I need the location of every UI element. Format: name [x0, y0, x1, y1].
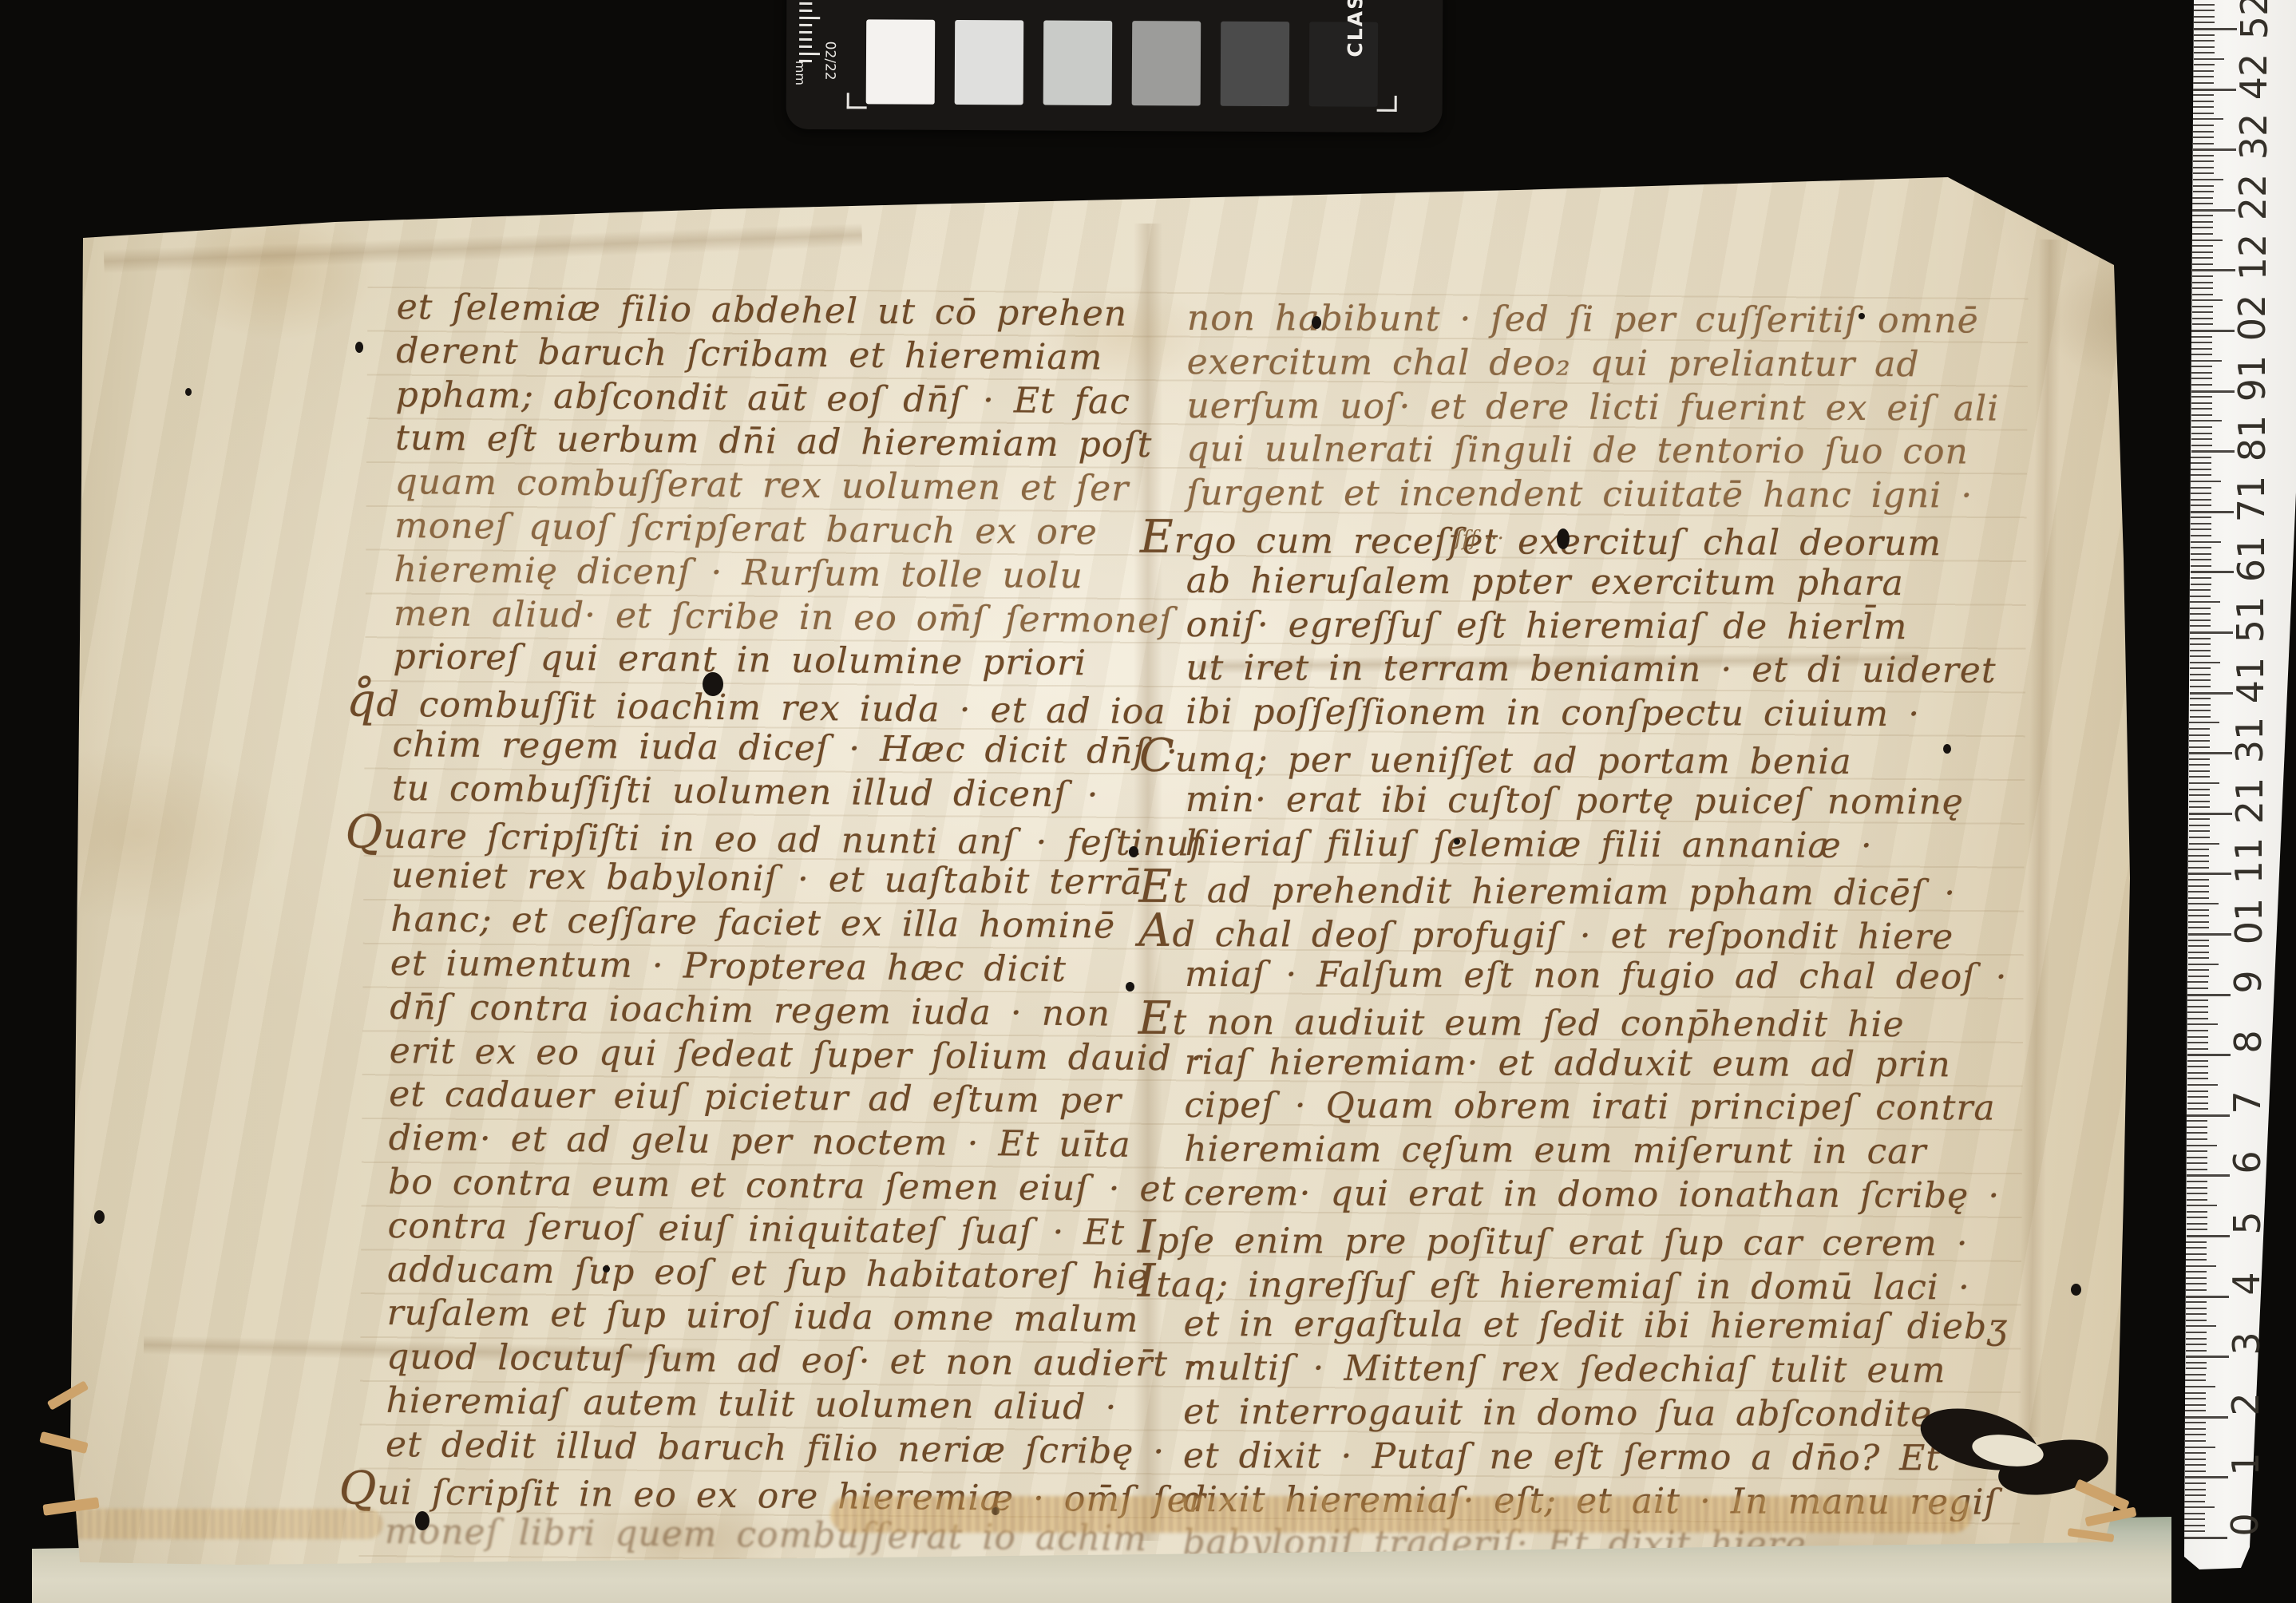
ruler-tick [2186, 1350, 2207, 1352]
manuscript-line: contra ſeruoſ eiuſ iniquitateſ ſuaſ · Et [387, 1205, 1154, 1256]
damage-spot [703, 672, 723, 696]
ruler-tick [2186, 1271, 2207, 1273]
ruler-tick [2187, 1060, 2208, 1062]
ruler-tick [2192, 215, 2213, 216]
ruler-tick [2192, 251, 2213, 253]
ruler-tick [2189, 789, 2210, 790]
damage-spot [415, 1511, 430, 1530]
ruler-tick [2185, 1489, 2206, 1490]
ruler-tick [2191, 438, 2212, 440]
abrasion-band [48, 1509, 383, 1539]
ruler-tick [2193, 70, 2214, 72]
manuscript-line: diem· et ad gelu per noctem · Et uīta [388, 1117, 1154, 1168]
ruler-tick [2190, 662, 2220, 663]
ruler-tick [2191, 535, 2211, 536]
ruler-tick [2190, 625, 2211, 627]
ruler-tick [2187, 1181, 2207, 1182]
ruler-tick [2189, 734, 2210, 736]
ruler-tick [2188, 964, 2219, 965]
ruler-tick [2187, 1090, 2208, 1092]
ruler-tick [2191, 457, 2211, 458]
ruler-tick [2188, 921, 2209, 923]
manuscript-line: tum eſt uerbum dn̄i ad hieremiam poſt [395, 417, 1162, 468]
ruler-tick [2192, 287, 2213, 289]
damage-spot [94, 1210, 105, 1224]
ruler-tick [2190, 704, 2211, 706]
grayscale-patch [1043, 21, 1113, 105]
ruler-tick [2187, 1054, 2231, 1056]
ruler-tick [2188, 891, 2209, 893]
photograph-stage: et ſelemiæ filio abdehel ut cō prehender… [0, 0, 2296, 1603]
ruler-tick [2185, 1494, 2206, 1496]
ruler-tick [2189, 752, 2232, 754]
ruler-tick [2191, 565, 2211, 567]
ruler-tick [2190, 716, 2211, 718]
ruler-tick [2185, 1434, 2206, 1435]
ruler-tick [2190, 655, 2211, 657]
ruler-tick [2193, 179, 2223, 180]
ruler-tick [2190, 589, 2211, 591]
ruler-tick [2187, 1036, 2208, 1038]
ruler-tick [2185, 1379, 2206, 1381]
manuscript-line: chim regem iuda diceſ · Hæc dicit dn̄ſ · [392, 723, 1158, 774]
ruler-tick [2191, 528, 2211, 530]
ruler-tick [2187, 1169, 2207, 1170]
ruler-tick [2188, 940, 2209, 941]
manuscript-line: quam combuſſerat rex uolumen et ſer [394, 461, 1161, 512]
ruler-tick [2191, 481, 2221, 482]
ruler-tick [2190, 631, 2233, 634]
manuscript-line: Et ad prehendit hieremiam ppham dicēſ · [1185, 865, 2023, 912]
ruler-tick [2191, 584, 2211, 585]
ruler-tick [2194, 22, 2215, 23]
card-mm-tick [799, 53, 820, 55]
ruler-tick [2186, 1247, 2207, 1249]
card-date-label: 02/22 [821, 42, 837, 81]
ruler-tick [2187, 1018, 2208, 1019]
card-mm-tick [799, 31, 812, 34]
manuscript-line: derent baruch ſcribam et hieremiam [396, 330, 1162, 381]
ruler-tick [2190, 674, 2211, 675]
manuscript-line: tu combuſſiſti uolumen illud dicenſ · [392, 767, 1158, 818]
ruler-tick [2191, 433, 2212, 434]
grayscale-patch [955, 20, 1024, 105]
ruler-tick [2188, 909, 2209, 911]
ruler-tick [2186, 1253, 2207, 1255]
ruler-tick [2191, 469, 2211, 470]
ruler-tick [2187, 1072, 2208, 1074]
ruler-tick [2189, 746, 2210, 748]
ruler-tick [2190, 619, 2211, 621]
ruler-tick [2192, 263, 2213, 265]
manuscript-line: uerſum uoſ· et dere licti fuerint ex eiſ… [1186, 385, 2025, 431]
ruler-tick [2189, 728, 2210, 730]
ruler-tick [2194, 52, 2215, 53]
ruler-tick [2194, 58, 2224, 60]
ruler-tick [2190, 679, 2211, 681]
card-mm-tick [799, 2, 812, 5]
ruler-tick [2188, 897, 2209, 899]
ruler-tick [2193, 191, 2214, 192]
manuscript-line: et ſelemiæ filio abdehel ut cō prehen [396, 286, 1162, 337]
ruler-tick [2186, 1259, 2207, 1261]
ruler-tick [2187, 1030, 2208, 1031]
manuscript-line: cipeſ · Quam obrem irati principeſ contr… [1184, 1084, 2022, 1130]
ruler-tick [2187, 1011, 2208, 1013]
ruler-tick [2193, 167, 2214, 168]
ruler-tick [2190, 643, 2211, 645]
ruler-tick [2187, 1199, 2207, 1201]
ruler-tick [2186, 1325, 2216, 1327]
ruler-tick [2190, 686, 2211, 687]
ruler-tick [2191, 553, 2211, 555]
damage-spot [1126, 982, 1134, 991]
ruler-tick [2194, 34, 2215, 36]
ruler-tick [2191, 414, 2212, 416]
ruler-tick [2191, 493, 2211, 494]
ruler-tick [2186, 1241, 2207, 1243]
ruler-tick [2186, 1265, 2216, 1267]
ruler-tick [2192, 311, 2213, 313]
ruler-tick [2186, 1362, 2207, 1364]
ruler-tick [2190, 596, 2211, 597]
manuscript-line: Ergo cum receſſet exercituſ chal deorum [1186, 516, 2025, 562]
ruler-tick [2187, 1138, 2207, 1140]
grayscale-calibration-card: 02/22 mm CLASSIC T [786, 0, 1443, 133]
ruler-tick [2187, 1235, 2230, 1237]
ruler-tick [2188, 849, 2209, 850]
ruler-tick [2193, 131, 2214, 133]
ruler-tick [2185, 1422, 2206, 1423]
ruler-tick [2189, 806, 2210, 808]
ruler-tick [2190, 698, 2211, 699]
ruler-tick [2187, 1102, 2208, 1104]
ruler-tick [2192, 221, 2213, 223]
ruler-tick [2185, 1447, 2215, 1448]
manuscript-line: moneſ quoſ ſcripſerat baruch ex ore [394, 505, 1161, 556]
ruler-tick [2188, 945, 2209, 947]
ruler-tick [2188, 976, 2209, 977]
ruler-tick [2189, 782, 2219, 784]
ruler-tick [2193, 137, 2214, 138]
card-mm-tick [799, 46, 812, 48]
ruler-tick [2191, 330, 2235, 332]
ruler-tick [2192, 203, 2213, 204]
ruler-tick [2184, 1537, 2227, 1539]
ruler-tick [2186, 1332, 2207, 1333]
ruler-tick [2191, 354, 2212, 355]
ruler-tick [2185, 1392, 2206, 1394]
ruler-tick [2190, 667, 2211, 669]
manuscript-line: ut iret in terram beniamin · et di uider… [1186, 647, 2024, 693]
ruler-tick [2191, 378, 2212, 379]
ruler-tick [2184, 1506, 2215, 1508]
ruler-tick [2188, 885, 2209, 887]
ruler-tick [2191, 348, 2212, 350]
ruler-tick [2191, 462, 2211, 464]
ruler-tick [2184, 1518, 2205, 1520]
grayscale-patch [1221, 22, 1290, 106]
ruler-tick [2193, 76, 2214, 77]
ruler-tick [2191, 450, 2235, 453]
manuscript-line: ſurgent et incendent ciuitatē hanc igni … [1186, 472, 2025, 518]
ruler-tick [2185, 1482, 2206, 1484]
ruler-tick [2193, 106, 2214, 108]
ruler-tick [2191, 571, 2234, 573]
ruler-tick [2192, 299, 2223, 301]
ruler-tick [2190, 601, 2220, 603]
grayscale-patch [866, 19, 936, 104]
manuscript-line: quod locutuſ ſum ad eoſ· et non audier̄t… [386, 1336, 1153, 1387]
ruler-tick [2189, 770, 2210, 772]
ruler-tick [2187, 1223, 2207, 1225]
ruler-tick [2189, 794, 2210, 796]
ruler-tick [2192, 209, 2235, 212]
ruler-tick [2187, 1205, 2217, 1206]
ruler-tick [2185, 1404, 2206, 1406]
manuscript-line: exercitum chal deo₂ qui preliantur ad [1187, 341, 2025, 387]
ruler-tick [2191, 372, 2212, 374]
ruler-tick [2185, 1470, 2206, 1472]
parchment-page: et ſelemiæ filio abdehel ut cō prehender… [0, 0, 2296, 1603]
manuscript-column-right: non habibunt · ſed ſi per cuſſeritiſ omn… [1182, 297, 2025, 1569]
ruler-tick [2189, 758, 2210, 760]
ruler-tick [2191, 390, 2235, 393]
ruler-tick [2190, 613, 2211, 615]
ruler-tick [2186, 1296, 2229, 1298]
damage-spot [1557, 528, 1570, 549]
ruler-tick [2193, 118, 2223, 120]
ruler-tick [2188, 957, 2209, 959]
abrasion-band [830, 1496, 1972, 1533]
ruler-tick [2187, 1023, 2218, 1025]
manuscript-line: Ipſe enim pre poſituſ erat ſup car cerem… [1184, 1216, 2022, 1262]
ruler-tick [2189, 837, 2210, 838]
ruler-tick [2187, 1193, 2207, 1194]
damage-spot [603, 1265, 610, 1273]
ruler-tick [2192, 197, 2213, 199]
ruler-tick [2185, 1374, 2206, 1375]
manuscript-line: hieremiam cęſum eum miſerunt in car [1184, 1128, 2022, 1174]
manuscript-line: q̊d combuſſit ioachim rex iuda · et ad i… [393, 679, 1159, 730]
ruler-tick [2189, 740, 2210, 742]
manuscript-line: cerem· qui erat in domo ionathan ſcribę … [1184, 1172, 2022, 1218]
ruler-tick [2192, 233, 2213, 235]
ruler-tick [2191, 499, 2211, 501]
ruler-tick [2192, 239, 2223, 241]
ruler-tick [2191, 541, 2221, 543]
manuscript-column-left: et ſelemiæ filio abdehel ut cō prehender… [385, 286, 1163, 1561]
manuscript-line: oniſ· egreſſuſ eſt hieremiaſ de hierl̄m [1186, 604, 2024, 650]
damage-spot [1859, 313, 1865, 319]
ruler-tick [2194, 46, 2215, 48]
ruler-tick [2192, 245, 2213, 247]
ruler-tick [2191, 547, 2211, 548]
ruler-tick [2194, 28, 2237, 30]
ruler-tick [2191, 426, 2212, 428]
manuscript-line: dn̄ſ contra ioachim regem iuda · non [390, 986, 1156, 1037]
ruler-tick [2191, 408, 2212, 410]
ruler-tick [2194, 16, 2215, 18]
ruler-tick [2192, 227, 2213, 228]
damage-spot [1454, 838, 1460, 845]
ruler-tick [2192, 257, 2213, 259]
ruler-tick [2186, 1356, 2229, 1358]
ruler-tick [2185, 1410, 2206, 1411]
manuscript-line: et iumentum · Propterea hæc dicit [390, 942, 1157, 993]
ruler-tick [2186, 1308, 2207, 1309]
ruler-tick [2188, 879, 2209, 881]
ruler-tick [2186, 1320, 2207, 1321]
card-unit-label: mm [793, 61, 808, 85]
ruler-tick [2184, 1525, 2205, 1526]
ruler-tick [2193, 82, 2214, 84]
ruler-tick [2189, 813, 2232, 815]
ruler-tick [2187, 1229, 2207, 1230]
manuscript-line: min· erat ibi cuſtoſ portę puiceſ nominę [1186, 778, 2024, 825]
ruler-tick [2189, 722, 2219, 723]
manuscript-line: hanc; et ceſſare faciet ex illa hominē [390, 898, 1157, 949]
ruler-tick [2187, 1211, 2207, 1213]
manuscript-line: Itaq; ingreſſuſ eſt hieremiaſ in domū la… [1184, 1260, 2022, 1306]
card-mm-tick [799, 17, 820, 19]
manuscript-line: ruſalem et ſup uiroſ iuda omne malum [386, 1292, 1153, 1343]
ruler-tick [2187, 994, 2231, 996]
ruler-tick [2193, 94, 2214, 96]
ruler-tick [2191, 402, 2212, 404]
ruler-tick [2187, 1174, 2230, 1177]
ruler-tick [2191, 577, 2211, 579]
centimeter-ruler: 0123456789011121314151617181910212223242… [2167, 0, 2296, 1603]
ruler-tick [2187, 1150, 2207, 1152]
ruler-tick [2187, 1145, 2217, 1146]
ruler-tick [2184, 1513, 2205, 1514]
ruler-tick [2193, 101, 2214, 102]
ruler-tick [2185, 1386, 2215, 1387]
manuscript-line: ppham; abſcondit aūt eoſ dn̄ſ · Et fac [395, 374, 1162, 425]
ruler-tick [2193, 185, 2214, 187]
ruler-tick [2185, 1476, 2228, 1478]
ruler-tick [2191, 360, 2222, 362]
ruler-tick [2189, 843, 2219, 845]
ruler-tick [2187, 1120, 2207, 1122]
ruler-tick [2192, 269, 2235, 271]
interlinear-correction: ſſſ ··· [1455, 527, 1504, 551]
ruler-tick [2189, 830, 2210, 832]
damage-spot [1312, 316, 1321, 329]
damage-spot [185, 388, 192, 396]
ruler-tick [2191, 505, 2211, 506]
manuscript-line: prioreſ qui erant in uolumine priori [393, 635, 1159, 687]
ruler-tick [2188, 903, 2219, 904]
damage-spot [1943, 744, 1951, 754]
ruler-tick [2187, 1084, 2218, 1086]
grayscale-patch-row [866, 19, 1379, 106]
ruler-tick [2187, 1006, 2208, 1007]
ruler-tick [2187, 1042, 2208, 1043]
ruler-tick [2191, 420, 2222, 422]
ruler-tick [2191, 559, 2211, 560]
manuscript-line: multiſ · Mittenſ rex ſedechiaſ tulit eum [1183, 1347, 2021, 1393]
manuscript-line: ibi poſſeſſionem in conſpectu ciuium · [1186, 691, 2024, 737]
ruler-tick [2187, 1066, 2208, 1067]
ruler-tick [2194, 40, 2215, 42]
manuscript-line: ueniet rex babyloniſ · et uaſtabit terrā [391, 854, 1158, 905]
ruler-tick [2186, 1277, 2207, 1279]
card-mm-tick [799, 24, 812, 26]
ruler-tick [2186, 1313, 2207, 1315]
ruler-tick [2191, 445, 2212, 446]
ruler-tick [2188, 969, 2209, 971]
manuscript-line: et dedit illud baruch filio neriæ ſcribę… [386, 1423, 1152, 1474]
ruler-tick [2192, 282, 2213, 283]
ruler-tick [2189, 764, 2210, 766]
ruler-tick [2184, 1530, 2205, 1532]
ruler-tick [2189, 825, 2210, 826]
ruler-tick [2185, 1398, 2206, 1399]
ruler-tick [2194, 10, 2215, 11]
ruler-tick [2187, 1114, 2230, 1117]
ruler-tick [2192, 294, 2213, 295]
ruler-tick [2190, 650, 2211, 651]
card-mm-tick [799, 38, 812, 41]
manuscript-line: hieriaſ filiuſ ſelemiæ filii annaniæ · [1186, 822, 2024, 869]
ruler-tick [2191, 511, 2234, 513]
ruler-tick [2191, 384, 2212, 386]
manuscript-line: Ad chal deoſ profugiſ · et reſpondit hie… [1185, 909, 2023, 956]
ruler-tick [2187, 1078, 2208, 1079]
ruler-tick [2191, 342, 2212, 343]
ruler-tick [2190, 710, 2211, 711]
manuscript-line: et in ergaſtula et ſedit ibi hieremiaſ d… [1183, 1303, 2021, 1349]
ruler-tick [2189, 818, 2210, 820]
ruler-tick [2189, 801, 2210, 802]
manuscript-line: ab hieruſalem ppter exercitum phara [1186, 560, 2025, 606]
card-mm-tick [799, 10, 812, 12]
crease [104, 223, 862, 273]
ruler-tick [2187, 988, 2208, 989]
ruler-number: 52 [2237, 0, 2272, 54]
ruler-tick [2185, 1459, 2206, 1460]
manuscript-line: Cumq; per ueniſſet ad portam benia [1186, 734, 2024, 781]
ruler-tick [2184, 1501, 2205, 1502]
ruler-tick [2186, 1338, 2207, 1340]
ruler-tick [2185, 1428, 2206, 1430]
ruler-tick [2190, 608, 2211, 609]
ruler-tick [2188, 867, 2209, 869]
manuscript-line: erit ex eo qui ſedeat ſuper ſolium dauid… [390, 1030, 1156, 1081]
ruler-tick [2193, 172, 2214, 174]
manuscript-line: hieremię dicenſ · Rurſum tolle uolu [394, 548, 1160, 600]
ruler-tick [2187, 1162, 2207, 1164]
ruler-tick [2191, 487, 2211, 489]
manuscript-line: et dixit · Putaſ ne eſt ſermo a dn̄o? Et [1183, 1435, 2021, 1481]
ruler-tick [2193, 113, 2214, 114]
ruler-tick [2193, 89, 2236, 91]
ruler-tick [2185, 1464, 2206, 1466]
ruler-tick [2186, 1283, 2207, 1284]
ruler-tick [2186, 1367, 2207, 1369]
ruler-tick [2191, 517, 2211, 518]
card-corner-mark [847, 93, 867, 109]
ruler-tick [2191, 336, 2212, 338]
ruler-tick [2190, 692, 2233, 695]
ruler-tick [2194, 64, 2215, 65]
manuscript-line: et cadauer eiuſ picietur ad eſtum per [389, 1073, 1155, 1124]
ruler-tick [2193, 160, 2214, 162]
ruler-tick [2188, 952, 2209, 953]
ruler-tick [2194, 4, 2215, 6]
